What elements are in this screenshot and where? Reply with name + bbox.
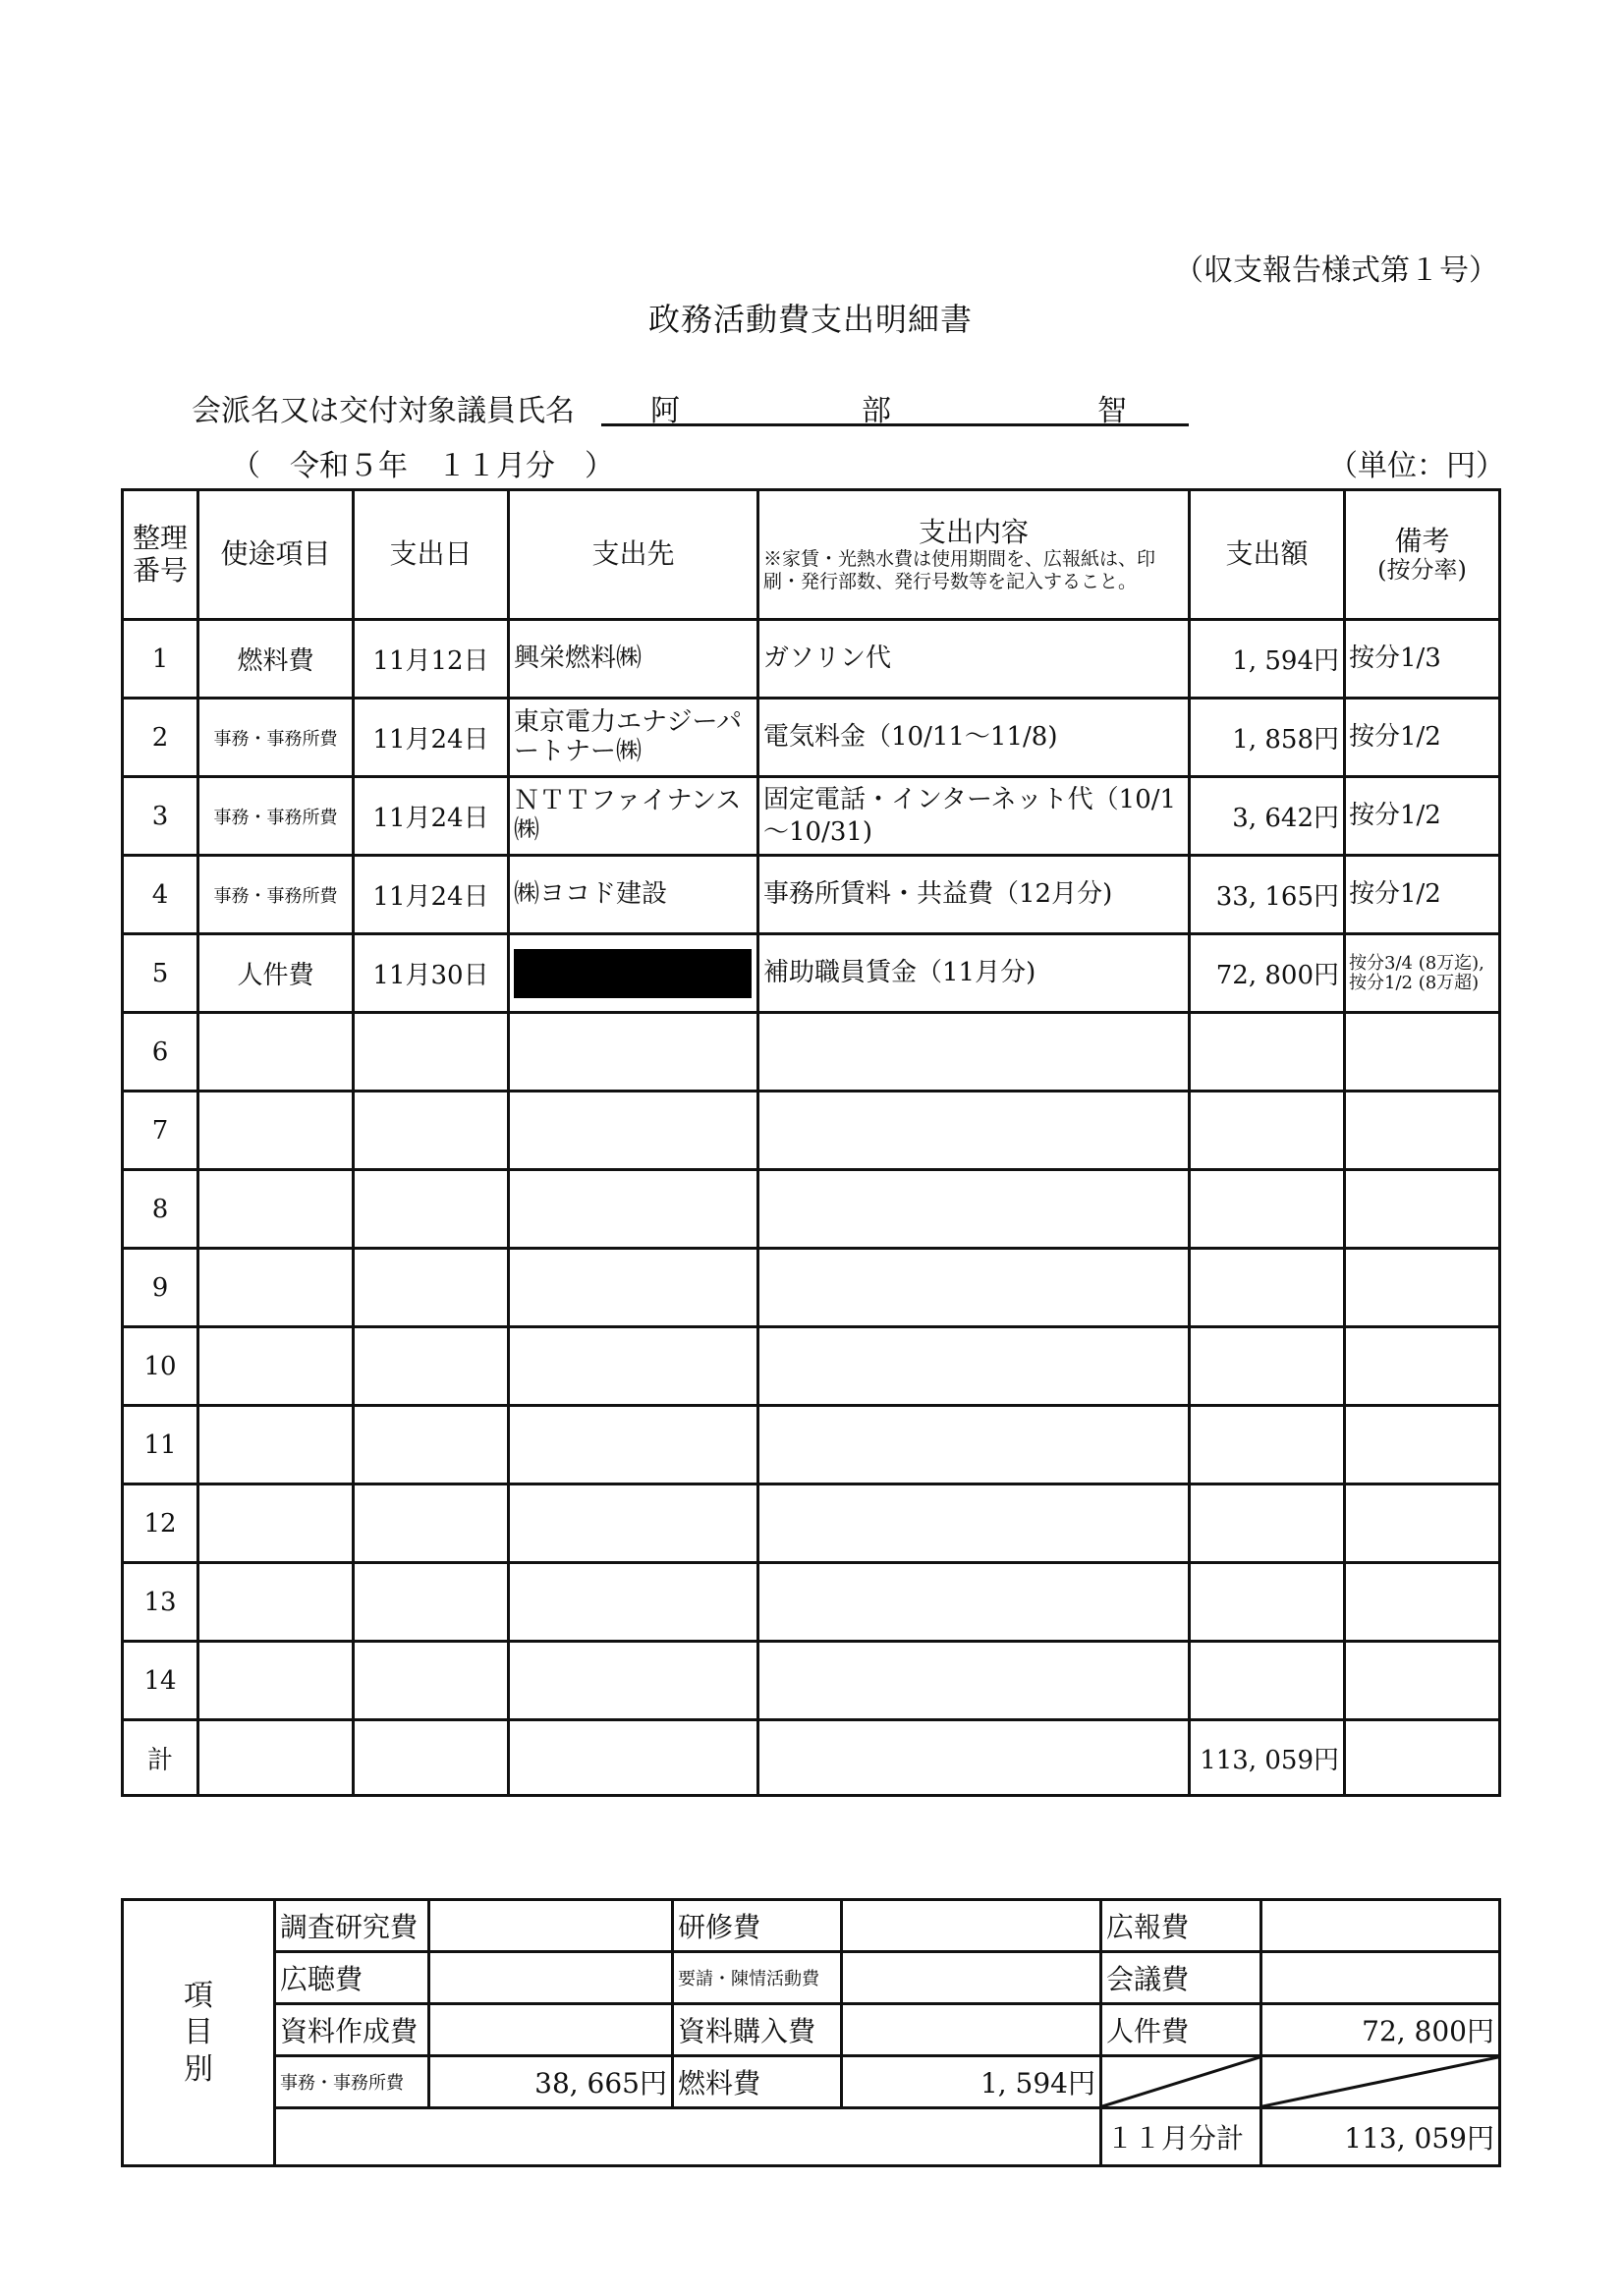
- summary-value: [429, 1952, 673, 2004]
- member-name: 阿 部 智: [601, 386, 1189, 426]
- summary-label: 要請・陳情活動費: [673, 1952, 842, 2004]
- row-amount: [1190, 1013, 1345, 1092]
- row-content: 補助職員賃金（11月分): [758, 934, 1190, 1013]
- col-no: 整理番号: [123, 490, 198, 620]
- row-content: [758, 1484, 1190, 1563]
- row-payee: [509, 1327, 758, 1406]
- summary-label: 人件費: [1101, 2004, 1261, 2056]
- row-note: [1345, 1170, 1500, 1249]
- row-date: 11月12日: [354, 620, 509, 699]
- diagonal-slash-cell: [1261, 2056, 1500, 2108]
- row-date: [354, 1406, 509, 1484]
- row-content: [758, 1013, 1190, 1092]
- row-payee: ㈱ヨコド建設: [509, 856, 758, 934]
- row-content: ガソリン代: [758, 620, 1190, 699]
- row-category: [198, 1327, 354, 1406]
- month-total-label: １１月分計: [1101, 2108, 1261, 2166]
- row-content: [758, 1249, 1190, 1327]
- row-amount: [1190, 1249, 1345, 1327]
- col-payee: 支出先: [509, 490, 758, 620]
- row-category: [198, 1642, 354, 1720]
- row-date: [354, 1484, 509, 1563]
- row-payee: [509, 1484, 758, 1563]
- summary-value: [429, 1900, 673, 1952]
- row-payee: [509, 934, 758, 1013]
- row-category: [198, 1249, 354, 1327]
- row-category: 燃料費: [198, 620, 354, 699]
- table-row: 14: [123, 1642, 1500, 1720]
- row-content: 電気料金（10/11～11/8): [758, 699, 1190, 777]
- row-date: [354, 1327, 509, 1406]
- col-content-note: ※家賃・光熱水費は使用期間を、広報紙は、印刷・発行部数、発行号数等を記入すること…: [763, 548, 1184, 593]
- summary-label: 広聴費: [275, 1952, 429, 2004]
- summary-label: 会議費: [1101, 1952, 1261, 2004]
- row-payee: [509, 1642, 758, 1720]
- row-date: [354, 1013, 509, 1092]
- row-note: [1345, 1092, 1500, 1170]
- row-note: [1345, 1406, 1500, 1484]
- diagonal-slash-cell: [1101, 2056, 1261, 2108]
- row-amount: 1, 594円: [1190, 620, 1345, 699]
- row-amount: 33, 165円: [1190, 856, 1345, 934]
- table-row: 11: [123, 1406, 1500, 1484]
- row-category: 事務・事務所費: [198, 699, 354, 777]
- row-number: 11: [123, 1406, 198, 1484]
- row-date: 11月24日: [354, 856, 509, 934]
- row-amount: [1190, 1642, 1345, 1720]
- row-note: 按分1/3: [1345, 620, 1500, 699]
- row-number: 8: [123, 1170, 198, 1249]
- row-number: 12: [123, 1484, 198, 1563]
- row-number: 10: [123, 1327, 198, 1406]
- row-category: 事務・事務所費: [198, 856, 354, 934]
- row-number: 4: [123, 856, 198, 934]
- summary-label: 資料作成費: [275, 2004, 429, 2056]
- row-note: 按分3/4 (8万迄), 按分1/2 (8万超): [1345, 934, 1500, 1013]
- row-number: 13: [123, 1563, 198, 1642]
- row-note: [1345, 1484, 1500, 1563]
- row-category: [198, 1013, 354, 1092]
- total-row: 計 113, 059円: [123, 1720, 1500, 1796]
- summary-label: 研修費: [673, 1900, 842, 1952]
- summary-label: 広報費: [1101, 1900, 1261, 1952]
- row-note: [1345, 1249, 1500, 1327]
- summary-blank: [275, 2108, 1101, 2166]
- table-row: 9: [123, 1249, 1500, 1327]
- row-note: 按分1/2: [1345, 777, 1500, 856]
- row-date: [354, 1092, 509, 1170]
- row-note: [1345, 1013, 1500, 1092]
- month-total-value: 113, 059円: [1261, 2108, 1500, 2166]
- member-name-part: 部: [862, 386, 891, 429]
- member-label: 会派名又は交付対象議員氏名: [192, 386, 575, 429]
- total-label: 計: [123, 1720, 198, 1796]
- table-row: 12: [123, 1484, 1500, 1563]
- category-summary-table: 項目別 調査研究費 研修費 広報費 広聴費 要請・陳情活動費 会議費 資料作成費…: [121, 1898, 1501, 2167]
- row-note: [1345, 1563, 1500, 1642]
- summary-side-label: 項目別: [123, 1900, 275, 2166]
- row-number: 14: [123, 1642, 198, 1720]
- row-date: 11月24日: [354, 699, 509, 777]
- summary-value: [842, 1900, 1101, 1952]
- row-payee: [509, 1563, 758, 1642]
- row-date: 11月30日: [354, 934, 509, 1013]
- row-content: [758, 1563, 1190, 1642]
- row-amount: 3, 642円: [1190, 777, 1345, 856]
- row-content: [758, 1327, 1190, 1406]
- row-payee: [509, 1013, 758, 1092]
- col-content: 支出内容 ※家賃・光熱水費は使用期間を、広報紙は、印刷・発行部数、発行号数等を記…: [758, 490, 1190, 620]
- table-row: 3事務・事務所費11月24日ＮＴＴファイナンス㈱固定電話・インターネット代（10…: [123, 777, 1500, 856]
- summary-value: 38, 665円: [429, 2056, 673, 2108]
- row-payee: [509, 1249, 758, 1327]
- row-note: [1345, 1642, 1500, 1720]
- row-category: [198, 1484, 354, 1563]
- table-row: 7: [123, 1092, 1500, 1170]
- row-content: [758, 1092, 1190, 1170]
- col-note: 備考 (按分率): [1345, 490, 1500, 620]
- row-date: [354, 1642, 509, 1720]
- row-amount: [1190, 1170, 1345, 1249]
- table-row: 8: [123, 1170, 1500, 1249]
- row-amount: [1190, 1092, 1345, 1170]
- row-content: [758, 1406, 1190, 1484]
- row-content: 固定電話・インターネット代（10/1～10/31): [758, 777, 1190, 856]
- form-number: （収支報告様式第１号）: [1174, 246, 1498, 289]
- row-content: [758, 1642, 1190, 1720]
- col-category: 使途項目: [198, 490, 354, 620]
- row-category: 事務・事務所費: [198, 777, 354, 856]
- summary-value: [1261, 1952, 1500, 2004]
- table-row: 4事務・事務所費11月24日㈱ヨコド建設事務所賃料・共益費（12月分)33, 1…: [123, 856, 1500, 934]
- row-amount: [1190, 1563, 1345, 1642]
- row-date: 11月24日: [354, 777, 509, 856]
- table-row: 5人件費11月30日補助職員賃金（11月分)72, 800円按分3/4 (8万迄…: [123, 934, 1500, 1013]
- row-note: [1345, 1327, 1500, 1406]
- row-payee: [509, 1406, 758, 1484]
- row-date: [354, 1249, 509, 1327]
- row-category: [198, 1563, 354, 1642]
- row-amount: 72, 800円: [1190, 934, 1345, 1013]
- row-category: [198, 1406, 354, 1484]
- report-period: （ 令和５年 １１月分 ）: [231, 441, 614, 484]
- summary-value: [429, 2004, 673, 2056]
- row-number: 5: [123, 934, 198, 1013]
- member-name-part: 阿: [650, 386, 680, 429]
- row-payee: [509, 1170, 758, 1249]
- table-header-row: 整理番号 使途項目 支出日 支出先 支出内容 ※家賃・光熱水費は使用期間を、広報…: [123, 490, 1500, 620]
- member-name-part: 智: [1097, 386, 1127, 429]
- row-payee: ＮＴＴファイナンス㈱: [509, 777, 758, 856]
- row-category: 人件費: [198, 934, 354, 1013]
- summary-label: 調査研究費: [275, 1900, 429, 1952]
- summary-value: [1261, 1900, 1500, 1952]
- row-note: 按分1/2: [1345, 856, 1500, 934]
- summary-value: 72, 800円: [1261, 2004, 1500, 2056]
- row-note: 按分1/2: [1345, 699, 1500, 777]
- summary-label: 燃料費: [673, 2056, 842, 2108]
- row-amount: [1190, 1327, 1345, 1406]
- row-number: 7: [123, 1092, 198, 1170]
- row-amount: 1, 858円: [1190, 699, 1345, 777]
- table-row: 2事務・事務所費11月24日東京電力エナジーパートナー㈱電気料金（10/11～1…: [123, 699, 1500, 777]
- row-category: [198, 1092, 354, 1170]
- row-payee: 興栄燃料㈱: [509, 620, 758, 699]
- row-number: 9: [123, 1249, 198, 1327]
- table-row: 13: [123, 1563, 1500, 1642]
- row-category: [198, 1170, 354, 1249]
- row-content: 事務所賃料・共益費（12月分): [758, 856, 1190, 934]
- expense-table: 整理番号 使途項目 支出日 支出先 支出内容 ※家賃・光熱水費は使用期間を、広報…: [121, 488, 1501, 1797]
- summary-value: [842, 1952, 1101, 2004]
- total-amount: 113, 059円: [1190, 1720, 1345, 1796]
- table-row: 10: [123, 1327, 1500, 1406]
- table-row: 6: [123, 1013, 1500, 1092]
- row-content: [758, 1170, 1190, 1249]
- table-row: 1燃料費11月12日興栄燃料㈱ガソリン代1, 594円按分1/3: [123, 620, 1500, 699]
- col-amount: 支出額: [1190, 490, 1345, 620]
- unit-label: （単位：円）: [1328, 441, 1505, 484]
- row-number: 2: [123, 699, 198, 777]
- summary-label: 資料購入費: [673, 2004, 842, 2056]
- row-date: [354, 1170, 509, 1249]
- summary-label: 事務・事務所費: [275, 2056, 429, 2108]
- document-title: 政務活動費支出明細書: [648, 295, 973, 340]
- row-number: 6: [123, 1013, 198, 1092]
- row-payee: 東京電力エナジーパートナー㈱: [509, 699, 758, 777]
- row-date: [354, 1563, 509, 1642]
- summary-value: [842, 2004, 1101, 2056]
- redaction-block: [514, 949, 752, 998]
- row-number: 1: [123, 620, 198, 699]
- row-payee: [509, 1092, 758, 1170]
- summary-value: 1, 594円: [842, 2056, 1101, 2108]
- col-date: 支出日: [354, 490, 509, 620]
- row-amount: [1190, 1406, 1345, 1484]
- row-number: 3: [123, 777, 198, 856]
- row-amount: [1190, 1484, 1345, 1563]
